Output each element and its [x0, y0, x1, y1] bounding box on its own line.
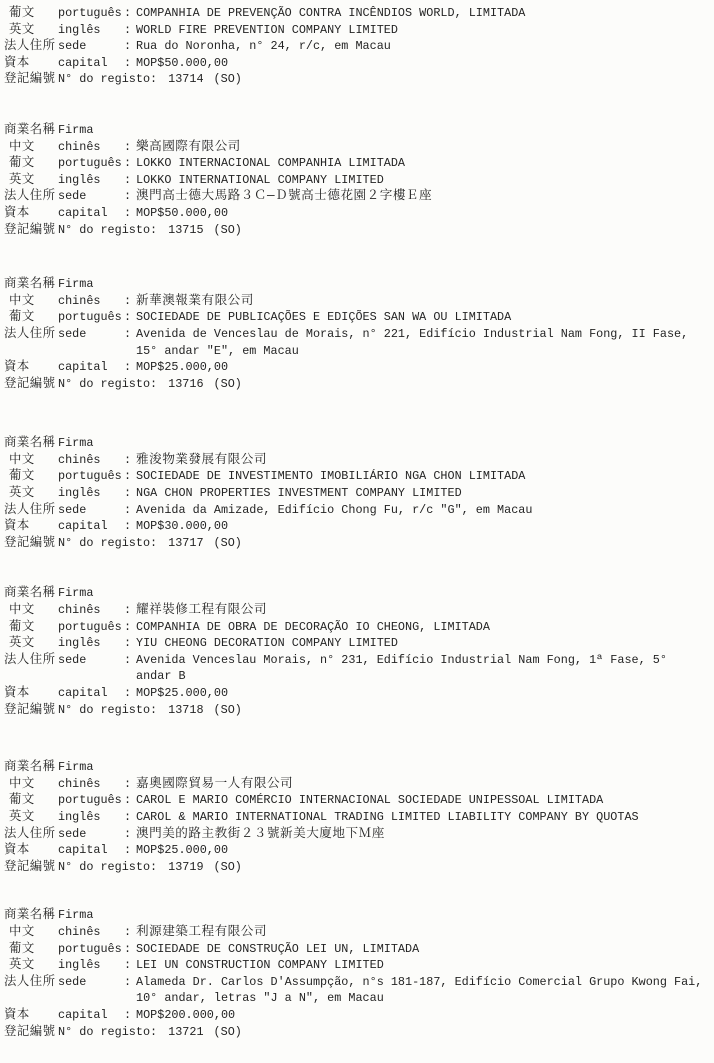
- sede-row: 法人住所 sede : Rua do Noronha, n° 24, r/c, …: [4, 38, 708, 55]
- label-registo-latin: N° do registo:: [58, 860, 157, 874]
- sede-line: Avenida de Venceslau de Morais, n° 221, …: [136, 326, 708, 343]
- registo-suffix: (SO): [214, 536, 242, 550]
- colon: :: [124, 359, 136, 376]
- firma-row: 商業名稱 Firma: [4, 276, 708, 293]
- registry-entry: 商業名稱 Firma 中文 chinês : 耀祥裝修工程有限公司 葡文 por…: [4, 585, 708, 718]
- label-registo-zh: 登記編號: [4, 859, 58, 876]
- label-registo-latin: N° do registo:: [58, 72, 157, 86]
- label-chinese-latin: chinês: [58, 602, 124, 619]
- english-name-row: 英文 inglês : CAROL & MARIO INTERNATIONAL …: [4, 809, 708, 826]
- colon: :: [124, 139, 136, 156]
- sede-value: Alameda Dr. Carlos D'Assumpção, n°s 181-…: [136, 974, 708, 1007]
- label-english-zh: 英文: [4, 809, 58, 826]
- capital-value: MOP$25.000,00: [136, 359, 708, 376]
- registo-row: 登記編號 N° do registo:13719(SO): [4, 859, 708, 876]
- sede-value: Rua do Noronha, n° 24, r/c, em Macau: [136, 38, 708, 55]
- portuguese-name-row: 葡文 português : LOKKO INTERNACIONAL COMPA…: [4, 155, 708, 172]
- colon: :: [124, 22, 136, 39]
- registo-suffix: (SO): [214, 1025, 242, 1039]
- label-portuguese-zh: 葡文: [4, 792, 58, 809]
- registo-suffix: (SO): [214, 72, 242, 86]
- registo-suffix: (SO): [214, 860, 242, 874]
- registo-number: 13717: [168, 536, 203, 550]
- chinese-name-row: 中文 chinês : 利源建築工程有限公司: [4, 924, 708, 941]
- portuguese-name-value: SOCIEDADE DE INVESTIMENTO IMOBILIÁRIO NG…: [136, 468, 708, 485]
- colon: :: [124, 326, 136, 343]
- label-capital-latin: capital: [58, 842, 124, 859]
- chinese-name-row: 中文 chinês : 樂高國際有限公司: [4, 139, 708, 156]
- colon: :: [124, 293, 136, 310]
- portuguese-name-value: COMPANHIA DE PREVENÇÃO CONTRA INCÊNDIOS …: [136, 5, 708, 22]
- registo-number: 13714: [168, 72, 203, 86]
- label-capital-latin: capital: [58, 359, 124, 376]
- label-english-zh: 英文: [4, 22, 58, 39]
- label-registo-zh: 登記編號: [4, 376, 58, 393]
- label-sede-latin: sede: [58, 974, 124, 991]
- label-firma-latin: Firma: [58, 122, 124, 139]
- label-portuguese-latin: português: [58, 792, 124, 809]
- label-registo-latin: N° do registo:: [58, 703, 157, 717]
- capital-row: 資本 capital : MOP$200.000,00: [4, 1007, 708, 1024]
- label-registo-zh: 登記編號: [4, 1024, 58, 1041]
- label-capital-zh: 資本: [4, 55, 58, 72]
- label-sede-latin: sede: [58, 502, 124, 519]
- label-registo-zh: 登記編號: [4, 222, 58, 239]
- label-registo-zh: 登記編號: [4, 702, 58, 719]
- label-chinese-latin: chinês: [58, 452, 124, 469]
- sede-value: Avenida de Venceslau de Morais, n° 221, …: [136, 326, 708, 359]
- colon: :: [124, 602, 136, 619]
- colon: :: [124, 468, 136, 485]
- capital-value: MOP$50.000,00: [136, 205, 708, 222]
- colon: :: [124, 309, 136, 326]
- label-chinese-zh: 中文: [4, 602, 58, 619]
- label-portuguese-latin: português: [58, 941, 124, 958]
- sede-line: 澳門美的路主教街２３號新美大廈地下Ｍ座: [136, 826, 708, 843]
- label-portuguese-zh: 葡文: [4, 468, 58, 485]
- label-portuguese-zh: 葡文: [4, 5, 58, 22]
- label-capital-latin: capital: [58, 205, 124, 222]
- colon: :: [124, 826, 136, 843]
- label-capital-latin: capital: [58, 1007, 124, 1024]
- colon: :: [124, 518, 136, 535]
- label-portuguese-latin: português: [58, 468, 124, 485]
- registry-entry: 葡文 português : COMPANHIA DE PREVENÇÃO CO…: [4, 5, 708, 88]
- portuguese-name-row: 葡文 português : SOCIEDADE DE CONSTRUÇÃO L…: [4, 941, 708, 958]
- label-english-latin: inglês: [58, 635, 124, 652]
- english-name-row: 英文 inglês : YIU CHEONG DECORATION COMPAN…: [4, 635, 708, 652]
- label-chinese-zh: 中文: [4, 139, 58, 156]
- registry-entry: 商業名稱 Firma 中文 chinês : 樂高國際有限公司 葡文 portu…: [4, 122, 708, 238]
- chinese-name-row: 中文 chinês : 新華澳報業有限公司: [4, 293, 708, 310]
- colon: :: [124, 635, 136, 652]
- capital-value: MOP$30.000,00: [136, 518, 708, 535]
- capital-value: MOP$25.000,00: [136, 842, 708, 859]
- chinese-name-value: 樂高國際有限公司: [136, 139, 708, 156]
- label-english-zh: 英文: [4, 635, 58, 652]
- label-registo-zh: 登記編號: [4, 71, 58, 88]
- label-portuguese-latin: português: [58, 5, 124, 22]
- colon: :: [124, 842, 136, 859]
- label-chinese-latin: chinês: [58, 924, 124, 941]
- label-sede-zh: 法人住所: [4, 188, 58, 205]
- colon: :: [124, 485, 136, 502]
- chinese-name-row: 中文 chinês : 雅浚物業發展有限公司: [4, 452, 708, 469]
- chinese-name-value: 雅浚物業發展有限公司: [136, 452, 708, 469]
- label-sede-latin: sede: [58, 826, 124, 843]
- capital-value: MOP$200.000,00: [136, 1007, 708, 1024]
- label-firma-zh: 商業名稱: [4, 759, 58, 776]
- label-english-latin: inglês: [58, 957, 124, 974]
- label-portuguese-zh: 葡文: [4, 155, 58, 172]
- label-capital-zh: 資本: [4, 842, 58, 859]
- portuguese-name-value: CAROL E MARIO COMÉRCIO INTERNACIONAL SOC…: [136, 792, 708, 809]
- colon: :: [124, 502, 136, 519]
- label-portuguese-zh: 葡文: [4, 309, 58, 326]
- label-english-zh: 英文: [4, 957, 58, 974]
- registo-number: 13715: [168, 223, 203, 237]
- registo-row: 登記編號 N° do registo:13716(SO): [4, 376, 708, 393]
- label-firma-zh: 商業名稱: [4, 907, 58, 924]
- english-name-row: 英文 inglês : NGA CHON PROPERTIES INVESTME…: [4, 485, 708, 502]
- portuguese-name-row: 葡文 português : SOCIEDADE DE INVESTIMENTO…: [4, 468, 708, 485]
- label-portuguese-zh: 葡文: [4, 619, 58, 636]
- label-sede-zh: 法人住所: [4, 38, 58, 55]
- chinese-name-value: 利源建築工程有限公司: [136, 924, 708, 941]
- label-portuguese-latin: português: [58, 155, 124, 172]
- sede-row: 法人住所 sede : Avenida Venceslau Morais, n°…: [4, 652, 708, 685]
- label-firma-latin: Firma: [58, 759, 124, 776]
- colon: :: [124, 172, 136, 189]
- portuguese-name-value: SOCIEDADE DE CONSTRUÇÃO LEI UN, LIMITADA: [136, 941, 708, 958]
- portuguese-name-row: 葡文 português : COMPANHIA DE OBRA DE DECO…: [4, 619, 708, 636]
- colon: :: [124, 974, 136, 991]
- sede-row: 法人住所 sede : Alameda Dr. Carlos D'Assumpç…: [4, 974, 708, 1007]
- registo-number: 13721: [168, 1025, 203, 1039]
- capital-row: 資本 capital : MOP$30.000,00: [4, 518, 708, 535]
- label-registo-latin: N° do registo:: [58, 536, 157, 550]
- colon: :: [124, 941, 136, 958]
- english-name-row: 英文 inglês : WORLD FIRE PREVENTION COMPAN…: [4, 22, 708, 39]
- firma-row: 商業名稱 Firma: [4, 122, 708, 139]
- colon: :: [124, 205, 136, 222]
- capital-value: MOP$50.000,00: [136, 55, 708, 72]
- sede-line: Rua do Noronha, n° 24, r/c, em Macau: [136, 38, 708, 55]
- colon: :: [124, 619, 136, 636]
- chinese-name-value: 耀祥裝修工程有限公司: [136, 602, 708, 619]
- portuguese-name-value: COMPANHIA DE OBRA DE DECORAÇÃO IO CHEONG…: [136, 619, 708, 636]
- chinese-name-row: 中文 chinês : 耀祥裝修工程有限公司: [4, 602, 708, 619]
- registry-page: 葡文 português : COMPANHIA DE PREVENÇÃO CO…: [0, 0, 714, 1063]
- sede-line: Avenida da Amizade, Edifício Chong Fu, r…: [136, 502, 708, 519]
- sede-line: 10° andar, letras "J a N", em Macau: [136, 990, 708, 1007]
- label-portuguese-latin: português: [58, 309, 124, 326]
- label-portuguese-zh: 葡文: [4, 941, 58, 958]
- label-english-latin: inglês: [58, 809, 124, 826]
- label-sede-zh: 法人住所: [4, 502, 58, 519]
- registo-number: 13716: [168, 377, 203, 391]
- label-registo-latin: N° do registo:: [58, 377, 157, 391]
- colon: :: [124, 792, 136, 809]
- label-registo-zh: 登記編號: [4, 535, 58, 552]
- capital-row: 資本 capital : MOP$25.000,00: [4, 842, 708, 859]
- label-firma-zh: 商業名稱: [4, 276, 58, 293]
- colon: :: [124, 188, 136, 205]
- capital-row: 資本 capital : MOP$50.000,00: [4, 205, 708, 222]
- label-registo-latin: N° do registo:: [58, 223, 157, 237]
- label-chinese-latin: chinês: [58, 293, 124, 310]
- sede-value: Avenida Venceslau Morais, n° 231, Edifíc…: [136, 652, 708, 685]
- registry-entries: 葡文 português : COMPANHIA DE PREVENÇÃO CO…: [4, 5, 708, 1040]
- label-firma-latin: Firma: [58, 907, 124, 924]
- label-sede-latin: sede: [58, 652, 124, 669]
- sede-line: 澳門高士德大馬路３Ｃ—Ｄ號高士德花園２字樓Ｅ座: [136, 188, 708, 205]
- label-english-latin: inglês: [58, 485, 124, 502]
- label-sede-latin: sede: [58, 38, 124, 55]
- english-name-value: LOKKO INTERNATIONAL COMPANY LIMITED: [136, 172, 708, 189]
- sede-row: 法人住所 sede : 澳門高士德大馬路３Ｃ—Ｄ號高士德花園２字樓Ｅ座: [4, 188, 708, 205]
- label-english-zh: 英文: [4, 485, 58, 502]
- chinese-name-value: 新華澳報業有限公司: [136, 293, 708, 310]
- sede-value: Avenida da Amizade, Edifício Chong Fu, r…: [136, 502, 708, 519]
- portuguese-name-row: 葡文 português : COMPANHIA DE PREVENÇÃO CO…: [4, 5, 708, 22]
- label-chinese-zh: 中文: [4, 924, 58, 941]
- sede-value: 澳門高士德大馬路３Ｃ—Ｄ號高士德花園２字樓Ｅ座: [136, 188, 708, 205]
- label-english-zh: 英文: [4, 172, 58, 189]
- english-name-value: WORLD FIRE PREVENTION COMPANY LIMITED: [136, 22, 708, 39]
- sede-line: 15° andar "E", em Macau: [136, 343, 708, 360]
- label-capital-zh: 資本: [4, 518, 58, 535]
- label-firma-zh: 商業名稱: [4, 435, 58, 452]
- capital-value: MOP$25.000,00: [136, 685, 708, 702]
- capital-row: 資本 capital : MOP$25.000,00: [4, 685, 708, 702]
- label-firma-latin: Firma: [58, 276, 124, 293]
- colon: :: [124, 957, 136, 974]
- firma-row: 商業名稱 Firma: [4, 435, 708, 452]
- label-sede-zh: 法人住所: [4, 826, 58, 843]
- label-firma-latin: Firma: [58, 435, 124, 452]
- sede-row: 法人住所 sede : Avenida de Venceslau de Mora…: [4, 326, 708, 359]
- chinese-name-row: 中文 chinês : 嘉奧國際貿易一人有限公司: [4, 776, 708, 793]
- colon: :: [124, 652, 136, 669]
- registry-entry: 商業名稱 Firma 中文 chinês : 雅浚物業發展有限公司 葡文 por…: [4, 435, 708, 551]
- sede-line: andar B: [136, 668, 708, 685]
- label-english-latin: inglês: [58, 172, 124, 189]
- label-sede-latin: sede: [58, 188, 124, 205]
- label-chinese-latin: chinês: [58, 139, 124, 156]
- portuguese-name-row: 葡文 português : CAROL E MARIO COMÉRCIO IN…: [4, 792, 708, 809]
- english-name-row: 英文 inglês : LOKKO INTERNATIONAL COMPANY …: [4, 172, 708, 189]
- registry-entry: 商業名稱 Firma 中文 chinês : 利源建築工程有限公司 葡文 por…: [4, 907, 708, 1040]
- label-capital-zh: 資本: [4, 1007, 58, 1024]
- label-firma-zh: 商業名稱: [4, 585, 58, 602]
- registo-suffix: (SO): [214, 223, 242, 237]
- label-registo-latin: N° do registo:: [58, 1025, 157, 1039]
- label-capital-latin: capital: [58, 518, 124, 535]
- registo-row: 登記編號 N° do registo:13721(SO): [4, 1024, 708, 1041]
- portuguese-name-row: 葡文 português : SOCIEDADE DE PUBLICAÇÕES …: [4, 309, 708, 326]
- colon: :: [124, 155, 136, 172]
- registo-suffix: (SO): [214, 703, 242, 717]
- firma-row: 商業名稱 Firma: [4, 759, 708, 776]
- sede-line: Avenida Venceslau Morais, n° 231, Edifíc…: [136, 652, 708, 669]
- registo-suffix: (SO): [214, 377, 242, 391]
- colon: :: [124, 924, 136, 941]
- colon: :: [124, 55, 136, 72]
- portuguese-name-value: LOKKO INTERNACIONAL COMPANHIA LIMITADA: [136, 155, 708, 172]
- capital-row: 資本 capital : MOP$50.000,00: [4, 55, 708, 72]
- label-sede-zh: 法人住所: [4, 652, 58, 669]
- portuguese-name-value: SOCIEDADE DE PUBLICAÇÕES E EDIÇÕES SAN W…: [136, 309, 708, 326]
- registry-entry: 商業名稱 Firma 中文 chinês : 嘉奧國際貿易一人有限公司 葡文 p…: [4, 759, 708, 875]
- colon: :: [124, 38, 136, 55]
- label-capital-zh: 資本: [4, 359, 58, 376]
- colon: :: [124, 685, 136, 702]
- colon: :: [124, 5, 136, 22]
- registo-number: 13718: [168, 703, 203, 717]
- sede-value: 澳門美的路主教街２３號新美大廈地下Ｍ座: [136, 826, 708, 843]
- english-name-value: NGA CHON PROPERTIES INVESTMENT COMPANY L…: [136, 485, 708, 502]
- english-name-value: CAROL & MARIO INTERNATIONAL TRADING LIMI…: [136, 809, 708, 826]
- label-portuguese-latin: português: [58, 619, 124, 636]
- registo-row: 登記編號 N° do registo:13718(SO): [4, 702, 708, 719]
- colon: :: [124, 776, 136, 793]
- label-chinese-latin: chinês: [58, 776, 124, 793]
- label-capital-zh: 資本: [4, 205, 58, 222]
- colon: :: [124, 1007, 136, 1024]
- chinese-name-value: 嘉奧國際貿易一人有限公司: [136, 776, 708, 793]
- registo-number: 13719: [168, 860, 203, 874]
- registo-row: 登記編號 N° do registo:13715(SO): [4, 222, 708, 239]
- label-chinese-zh: 中文: [4, 452, 58, 469]
- label-chinese-zh: 中文: [4, 293, 58, 310]
- label-firma-latin: Firma: [58, 585, 124, 602]
- label-english-latin: inglês: [58, 22, 124, 39]
- label-chinese-zh: 中文: [4, 776, 58, 793]
- capital-row: 資本 capital : MOP$25.000,00: [4, 359, 708, 376]
- label-capital-latin: capital: [58, 55, 124, 72]
- registry-entry: 商業名稱 Firma 中文 chinês : 新華澳報業有限公司 葡文 port…: [4, 276, 708, 392]
- english-name-value: YIU CHEONG DECORATION COMPANY LIMITED: [136, 635, 708, 652]
- sede-row: 法人住所 sede : 澳門美的路主教街２３號新美大廈地下Ｍ座: [4, 826, 708, 843]
- label-sede-zh: 法人住所: [4, 974, 58, 991]
- english-name-value: LEI UN CONSTRUCTION COMPANY LIMITED: [136, 957, 708, 974]
- label-capital-latin: capital: [58, 685, 124, 702]
- label-firma-zh: 商業名稱: [4, 122, 58, 139]
- firma-row: 商業名稱 Firma: [4, 907, 708, 924]
- english-name-row: 英文 inglês : LEI UN CONSTRUCTION COMPANY …: [4, 957, 708, 974]
- registo-row: 登記編號 N° do registo:13717(SO): [4, 535, 708, 552]
- label-capital-zh: 資本: [4, 685, 58, 702]
- label-sede-zh: 法人住所: [4, 326, 58, 343]
- sede-row: 法人住所 sede : Avenida da Amizade, Edifício…: [4, 502, 708, 519]
- registo-row: 登記編號 N° do registo:13714(SO): [4, 71, 708, 88]
- label-sede-latin: sede: [58, 326, 124, 343]
- colon: :: [124, 809, 136, 826]
- firma-row: 商業名稱 Firma: [4, 585, 708, 602]
- colon: :: [124, 452, 136, 469]
- sede-line: Alameda Dr. Carlos D'Assumpção, n°s 181-…: [136, 974, 708, 991]
